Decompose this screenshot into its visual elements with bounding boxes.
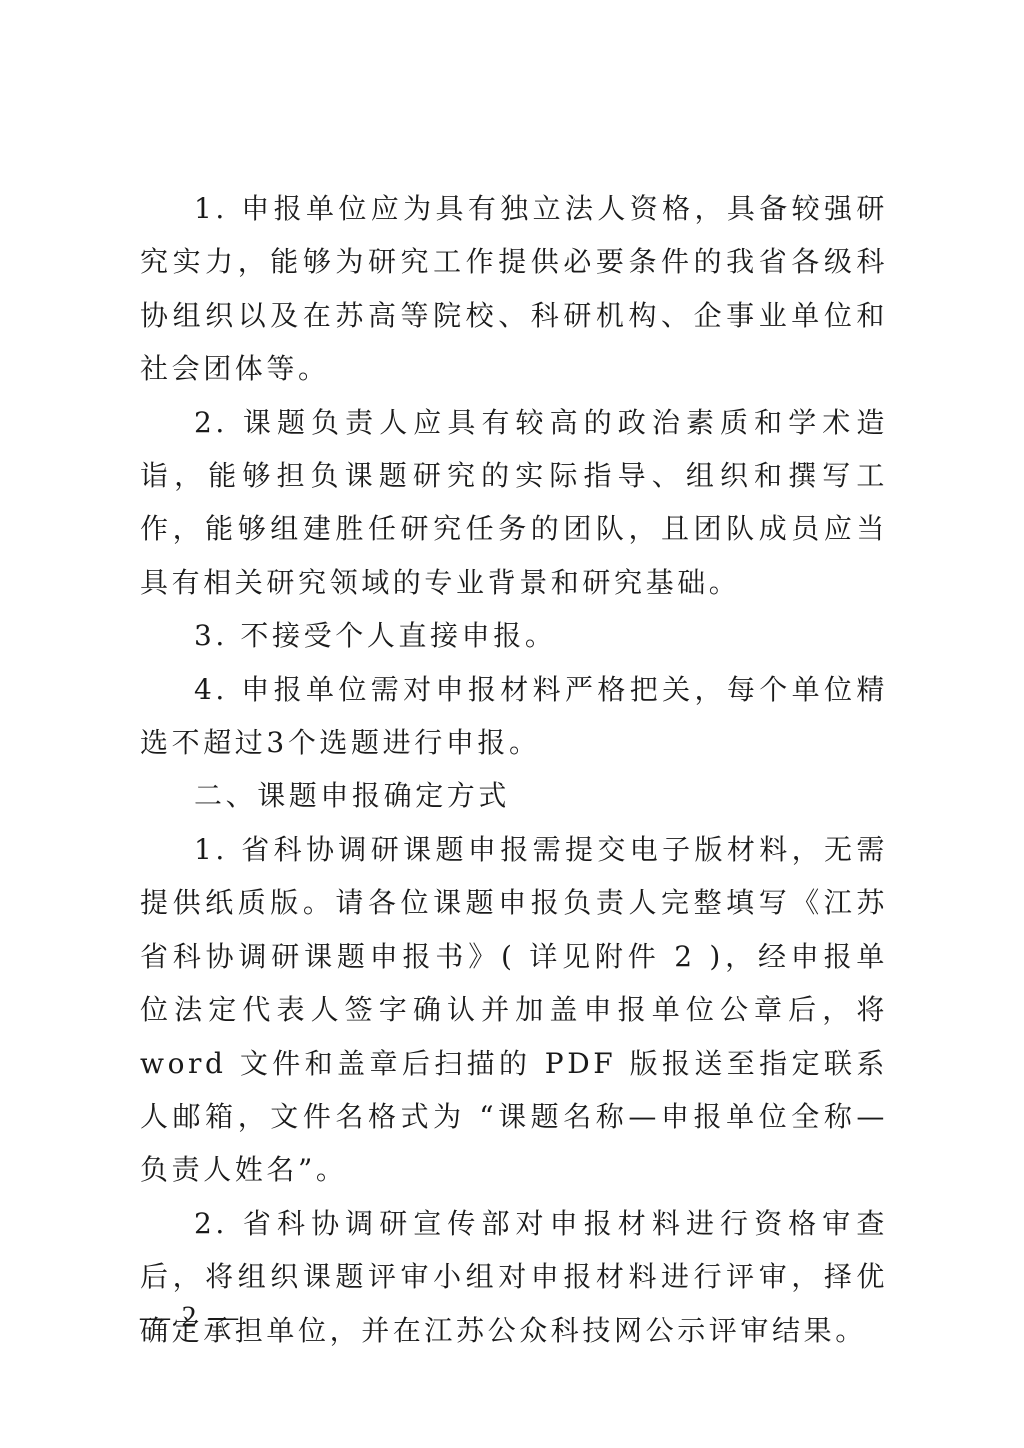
requirement-paragraph-3: 3. 不接受个人直接申报。 <box>140 609 888 662</box>
requirement-paragraph-2: 2. 课题负责人应具有较高的政治素质和学术造诣，能够担负课题研究的实际指导、组织… <box>140 396 888 610</box>
document-page: 1. 申报单位应为具有独立法人资格，具备较强研究实力，能够为研究工作提供必要条件… <box>140 182 888 1357</box>
page-number: — 2 — <box>140 1300 240 1334</box>
method-paragraph-1: 1. 省科协调研课题申报需提交电子版材料，无需提供纸质版。请各位课题申报负责人完… <box>140 823 888 1197</box>
section-heading: 二、课题申报确定方式 <box>140 769 888 822</box>
requirement-paragraph-1: 1. 申报单位应为具有独立法人资格，具备较强研究实力，能够为研究工作提供必要条件… <box>140 182 888 396</box>
requirement-paragraph-4: 4. 申报单位需对申报材料严格把关，每个单位精选不超过3个选题进行申报。 <box>140 663 888 770</box>
method-paragraph-2: 2. 省科协调研宣传部对申报材料进行资格审查后，将组织课题评审小组对申报材料进行… <box>140 1197 888 1357</box>
